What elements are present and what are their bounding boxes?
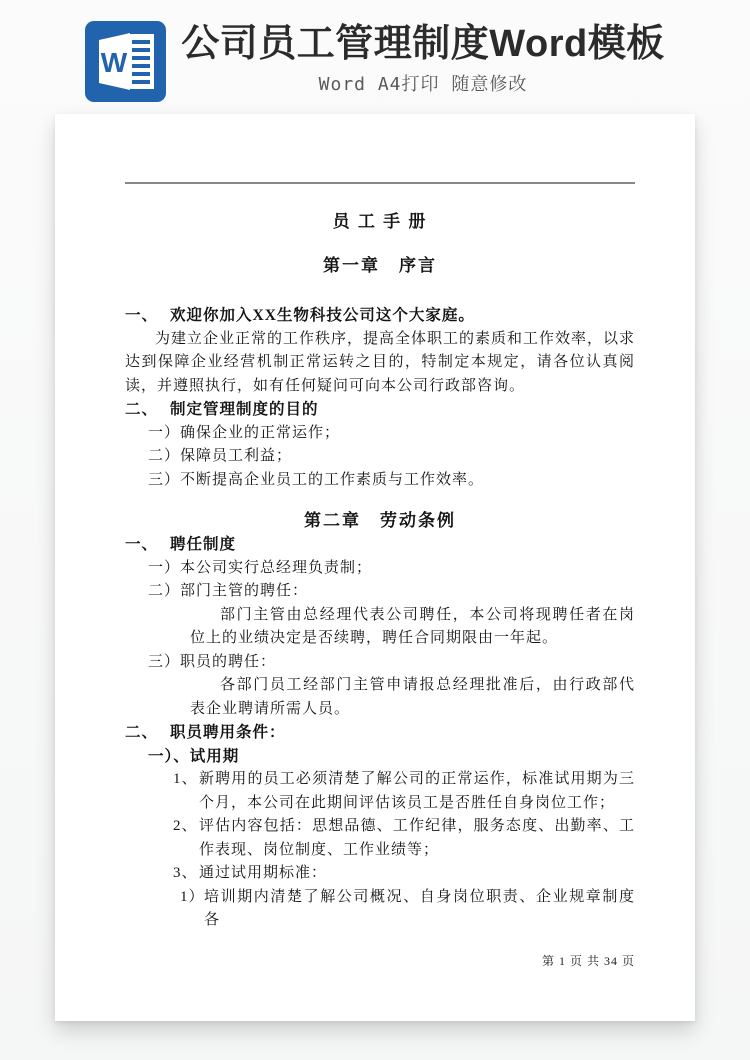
list-marker: 3、 <box>173 862 199 886</box>
numbered-item: 1、 新聘用的员工必须清楚了解公司的正常运作，标准试用期为三个月，本公司在此期间… <box>173 768 635 815</box>
sub-paragraph: 部门主管由总经理代表公司聘任，本公司将现聘任者在岗位上的业绩决定是否续聘，聘任合… <box>190 604 635 651</box>
heading-text: 职员聘用条件： <box>170 721 635 745</box>
list-text: 评估内容包括：思想品德、工作纪律，服务态度、出勤率、工作表现、岗位制度、工作业绩… <box>199 815 635 862</box>
template-subtitle: Word A4打印 随意修改 <box>319 70 528 96</box>
numbered-item: 3、 通过试用期标准： <box>173 862 635 886</box>
heading-text: 制定管理制度的目的 <box>170 398 635 422</box>
section-heading: 二、 职员聘用条件： <box>125 721 635 745</box>
list-marker: 一、 <box>125 533 170 557</box>
chapter-heading-1: 第一章 序言 <box>125 254 635 278</box>
sub-heading: 一）、试用期 <box>148 745 635 769</box>
list-marker: 二） <box>148 580 180 604</box>
list-text: 确保企业的正常运作； <box>180 422 635 446</box>
section-heading: 一、 聘任制度 <box>125 533 635 557</box>
numbered-item: 1） 培训期内清楚了解公司概况、自身岗位职责、企业规章制度各 <box>180 886 635 933</box>
list-marker: 1） <box>180 886 204 933</box>
list-marker: 二、 <box>125 398 170 422</box>
heading-text: 聘任制度 <box>170 533 635 557</box>
list-item: 三） 不断提高企业员工的工作素质与工作效率。 <box>148 469 635 493</box>
word-icon-letter: W <box>101 47 128 78</box>
list-item: 二） 保障员工利益； <box>148 445 635 469</box>
section-heading: 二、 制定管理制度的目的 <box>125 398 635 422</box>
document-page: 员 工 手 册 第一章 序言 一、 欢迎你加入XX生物科技公司这个大家庭。 为建… <box>55 114 695 1021</box>
list-item: 三） 职员的聘任： <box>148 651 635 675</box>
section-heading: 一、 欢迎你加入XX生物科技公司这个大家庭。 <box>125 304 635 328</box>
list-text: 保障员工利益； <box>180 445 635 469</box>
header-banner: W 公司员工管理制度Word模板 Word A4打印 随意修改 <box>0 0 750 112</box>
list-marker: 一、 <box>125 304 170 328</box>
document-title: 员 工 手 册 <box>125 210 635 234</box>
list-item: 二） 部门主管的聘任： <box>148 580 635 604</box>
chapter-heading-2: 第二章 劳动条例 <box>125 509 635 533</box>
list-text: 培训期内清楚了解公司概况、自身岗位职责、企业规章制度各 <box>204 886 635 933</box>
sub-paragraph: 各部门员工经部门主管申请报总经理批准后，由行政部代表企业聘请所需人员。 <box>190 674 635 721</box>
heading-text: 欢迎你加入XX生物科技公司这个大家庭。 <box>170 304 635 328</box>
numbered-item: 2、 评估内容包括：思想品德、工作纪律，服务态度、出勤率、工作表现、岗位制度、工… <box>173 815 635 862</box>
list-text: 本公司实行总经理负责制； <box>180 557 635 581</box>
paragraph: 为建立企业正常的工作秩序，提高全体职工的素质和工作效率，以求达到保障企业经营机制… <box>125 328 635 399</box>
word-app-icon: W <box>85 21 166 102</box>
list-marker: 一） <box>148 557 180 581</box>
list-text: 职员的聘任： <box>180 651 635 675</box>
document-body: 员 工 手 册 第一章 序言 一、 欢迎你加入XX生物科技公司这个大家庭。 为建… <box>125 210 635 933</box>
list-marker: 二、 <box>125 721 170 745</box>
list-item: 一） 本公司实行总经理负责制； <box>148 557 635 581</box>
list-marker: 一） <box>148 422 180 446</box>
list-text: 部门主管的聘任： <box>180 580 635 604</box>
list-text: 不断提高企业员工的工作素质与工作效率。 <box>180 469 635 493</box>
list-marker: 三） <box>148 469 180 493</box>
list-text: 通过试用期标准： <box>199 862 635 886</box>
list-text: 新聘用的员工必须清楚了解公司的正常运作，标准试用期为三个月，本公司在此期间评估该… <box>199 768 635 815</box>
template-title: 公司员工管理制度Word模板 <box>181 21 664 67</box>
header-title-group: 公司员工管理制度Word模板 Word A4打印 随意修改 <box>181 21 664 96</box>
page-number: 第 1 页 共 34 页 <box>542 952 635 969</box>
header-rule <box>125 182 635 184</box>
list-marker: 1、 <box>173 768 199 815</box>
list-marker: 2、 <box>173 815 199 862</box>
list-marker: 二） <box>148 445 180 469</box>
list-marker: 三） <box>148 651 180 675</box>
list-item: 一） 确保企业的正常运作； <box>148 422 635 446</box>
